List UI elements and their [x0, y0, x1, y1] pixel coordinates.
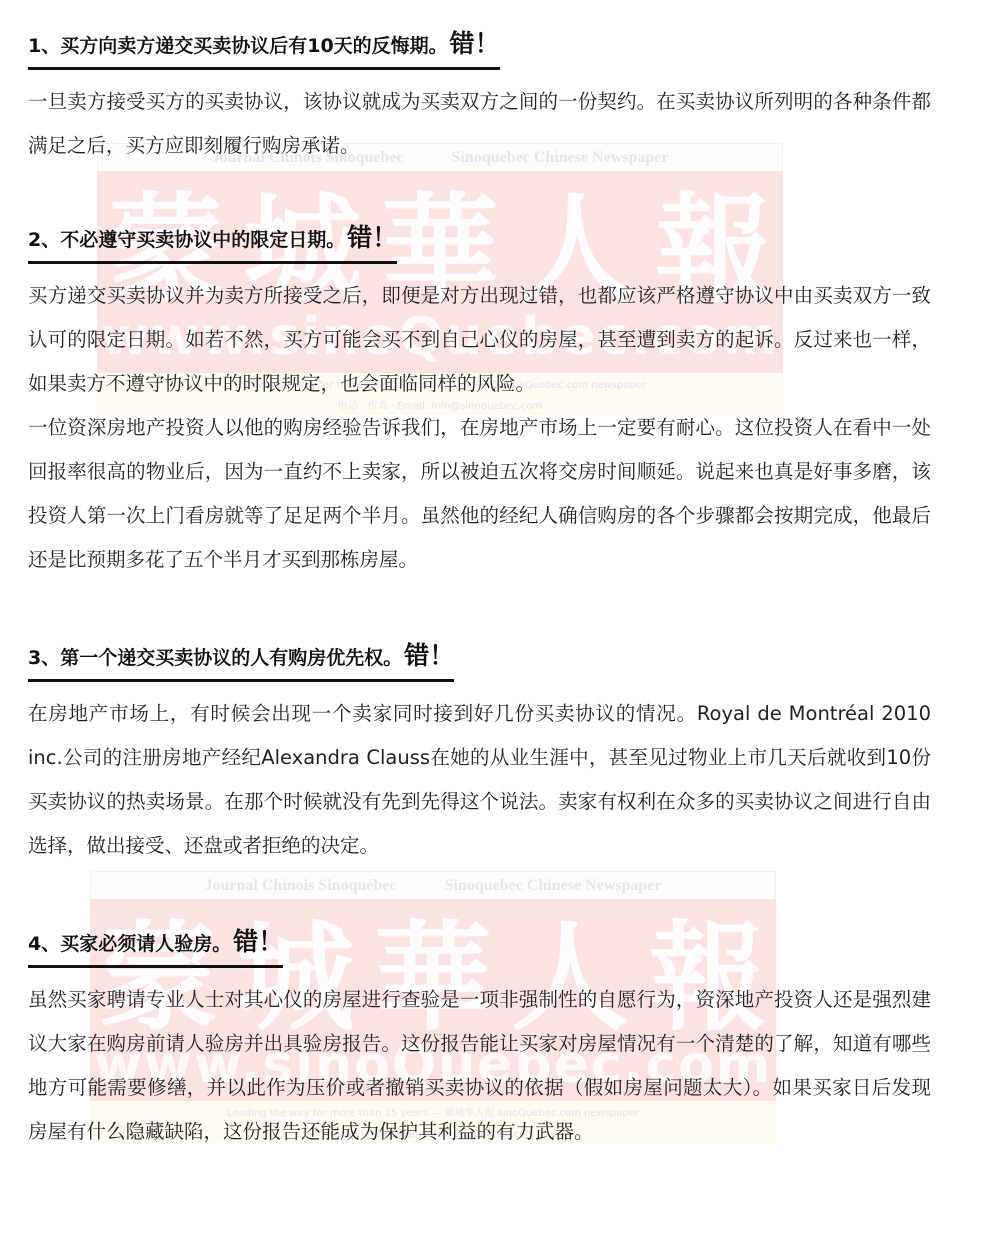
verdict-label: 错！: [233, 927, 283, 956]
watermark-header-left: Journal Chinois Sinoquébec: [205, 877, 397, 895]
section-2-paragraph-2: 一位资深房地产投资人以他的购房经验告诉我们，在房地产市场上一定要有耐心。这位投资…: [28, 406, 931, 582]
section-1-heading: 1、买方向卖方递交买卖协议后有10天的反悔期。错！: [28, 30, 500, 70]
verdict-label: 错！: [450, 29, 500, 58]
section-2-paragraph-1: 买方递交买卖协议并为卖方所接受之后，即便是对方出现过错，也都应该严格遵守协议中由…: [28, 274, 931, 406]
watermark-header: Journal Chinois Sinoquébec Sinoquebec Ch…: [90, 871, 776, 901]
heading-text: 4、买家必须请人验房。: [28, 933, 231, 955]
section-2-heading: 2、不必遵守买卖协议中的限定日期。错！: [28, 224, 397, 264]
heading-text: 2、不必遵守买卖协议中的限定日期。: [28, 229, 345, 251]
watermark-header-right: Sinoquebec Chinese Newspaper: [445, 877, 662, 895]
section-3-paragraph: 在房地产市场上，有时候会出现一个卖家同时接到好几份买卖协议的情况。Royal d…: [28, 692, 931, 868]
section-1-paragraph: 一旦卖方接受买方的买卖协议，该协议就成为买卖双方之间的一份契约。在买卖协议所列明…: [28, 80, 931, 168]
section-4-paragraph: 虽然买家聘请专业人士对其心仪的房屋进行查验是一项非强制性的自愿行为，资深地产投资…: [28, 978, 931, 1154]
heading-text: 1、买方向卖方递交买卖协议后有10天的反悔期。: [28, 35, 448, 57]
section-3-heading: 3、第一个递交买卖协议的人有购房优先权。错！: [28, 642, 454, 682]
verdict-label: 错！: [347, 223, 397, 252]
heading-text: 3、第一个递交买卖协议的人有购房优先权。: [28, 647, 402, 669]
section-4-heading: 4、买家必须请人验房。错！: [28, 928, 283, 968]
verdict-label: 错！: [404, 641, 454, 670]
